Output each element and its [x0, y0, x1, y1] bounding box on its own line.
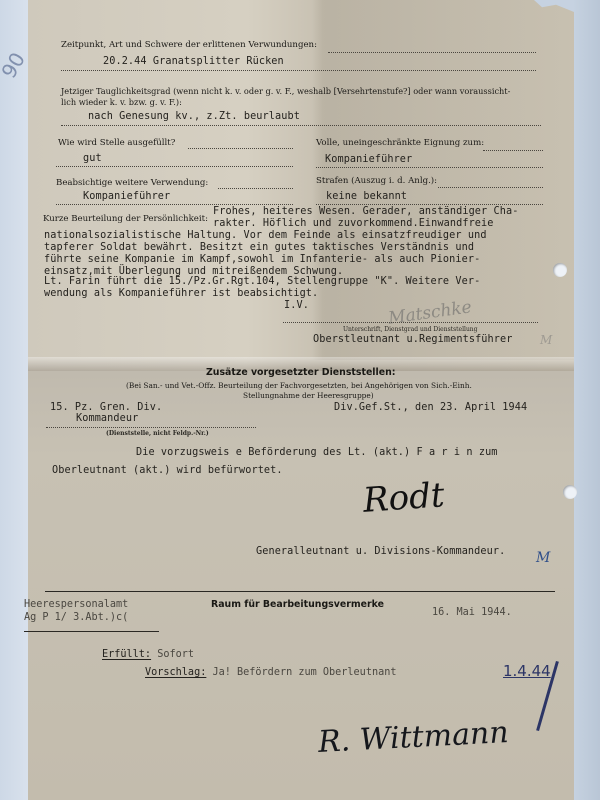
handwritten-date: 1.4.44 [503, 662, 551, 680]
dotted-line [218, 188, 293, 189]
wounds-label: Zeitpunkt, Art und Schwere der erlittene… [61, 40, 317, 50]
place-date: Div.Gef.St., den 23. April 1944 [334, 402, 527, 413]
office-line1: Heerespersonalamt [24, 599, 128, 610]
penalties-label: Strafen (Auszug i. d. Anlg.): [316, 176, 437, 186]
further-use-value: Kompanieführer [83, 191, 170, 202]
fitness-label-line1: Jetziger Tauglichkeitsgrad (wenn nicht k… [61, 86, 510, 96]
personality-line: Frohes, heiteres Wesen. Gerader, anständ… [213, 206, 518, 217]
signature-caption: Unterschrift, Dienstgrad und Dienststell… [343, 326, 478, 333]
iv-text: I.V. [284, 300, 309, 311]
division-initials: M [536, 550, 550, 566]
suitability-value: Kompanieführer [325, 154, 412, 165]
proposal-row: Vorschlag: Ja! Befördern zum Oberleutnan… [145, 667, 397, 678]
section-divider [45, 591, 555, 592]
statement-line1: Die vorzugsweis e Beförderung des Lt. (a… [136, 447, 498, 458]
wounds-value: 20.2.44 Granatsplitter Rücken [103, 56, 284, 67]
further-use-label: Beabsichtige weitere Verwendung: [56, 178, 208, 188]
signature-line [283, 322, 538, 323]
dotted-line [46, 427, 256, 428]
dotted-line [483, 150, 543, 151]
punch-hole [553, 263, 567, 277]
suitability-label: Volle, uneingeschränkte Eignung zum: [316, 138, 484, 148]
fitness-label-line2: lich wieder k. v. bzw. g. v. F.): [61, 97, 182, 107]
position-filled-value: gut [83, 153, 102, 164]
unit-caption: (Dienststelle, nicht Feldp.-Nr.) [106, 430, 209, 437]
fulfilled-label: Erfüllt: [102, 649, 151, 660]
division-name: 15. Pz. Gren. Div. [50, 402, 162, 413]
division-signature: Rodt [362, 475, 446, 521]
fulfilled-row: Erfüllt: Sofort [102, 649, 194, 660]
division-rank: Generalleutnant u. Divisions-Kommandeur. [256, 546, 505, 557]
personality-label: Kurze Beurteilung der Persönlichkeit: [43, 214, 208, 224]
personality-line: tapferer Soldat bewährt. Besitzt ein gut… [44, 242, 474, 253]
office-line2: Ag P 1/ 3.Abt.)c( [24, 612, 128, 623]
document-sheet: Zeitpunkt, Art und Schwere der erlittene… [28, 0, 574, 800]
dotted-line [188, 148, 293, 149]
dotted-line [328, 52, 536, 53]
proposal-label: Vorschlag: [145, 667, 206, 678]
supervisors-subtitle-line1: (Bei San.- und Vet.-Offz. Beurteilung de… [126, 381, 472, 390]
statement-line2: Oberleutnant (akt.) wird befürwortet. [52, 465, 283, 476]
personality-line: Lt. Farin führt die 15./Pz.Gr.Rgt.104, S… [44, 276, 480, 287]
dotted-line [56, 204, 293, 205]
dotted-line [61, 125, 541, 126]
punch-hole [563, 485, 577, 499]
personality-line: wendung als Kompanieführer ist beabsicht… [44, 288, 318, 299]
dotted-line [316, 167, 543, 168]
fitness-value: nach Genesung kv., z.Zt. beurlaubt [88, 111, 300, 122]
supervisors-title: Zusätze vorgesetzter Dienststellen: [206, 367, 396, 378]
dotted-line [438, 187, 543, 188]
regiment-initials: M [540, 333, 552, 347]
dotted-line [316, 204, 543, 205]
processing-title: Raum für Bearbeitungsvermerke [211, 599, 384, 610]
division-commander: Kommandeur [76, 413, 138, 424]
regiment-rank: Oberstleutnant u.Regimentsführer [313, 334, 512, 345]
proposal-value: Ja! Befördern zum Oberleutnant [212, 667, 396, 678]
personality-line: rakter. Höflich und zuvorkommend.Einwand… [213, 218, 494, 229]
dotted-line [61, 70, 536, 71]
position-filled-label: Wie wird Stelle ausgefüllt? [58, 138, 175, 148]
personality-line: führte seine Kompanie im Kampf,sowohl im… [44, 254, 480, 265]
fulfilled-value: Sofort [157, 649, 194, 660]
supervisors-subtitle-line2: Stellungnahme der Heeresgruppe) [243, 391, 374, 400]
processing-date: 16. Mai 1944. [432, 607, 512, 618]
dotted-line [56, 166, 293, 167]
personality-line: nationalsozialistische Haltung. Vor dem … [44, 230, 487, 241]
office-underline [24, 631, 159, 632]
penalties-value: keine bekannt [326, 191, 407, 202]
